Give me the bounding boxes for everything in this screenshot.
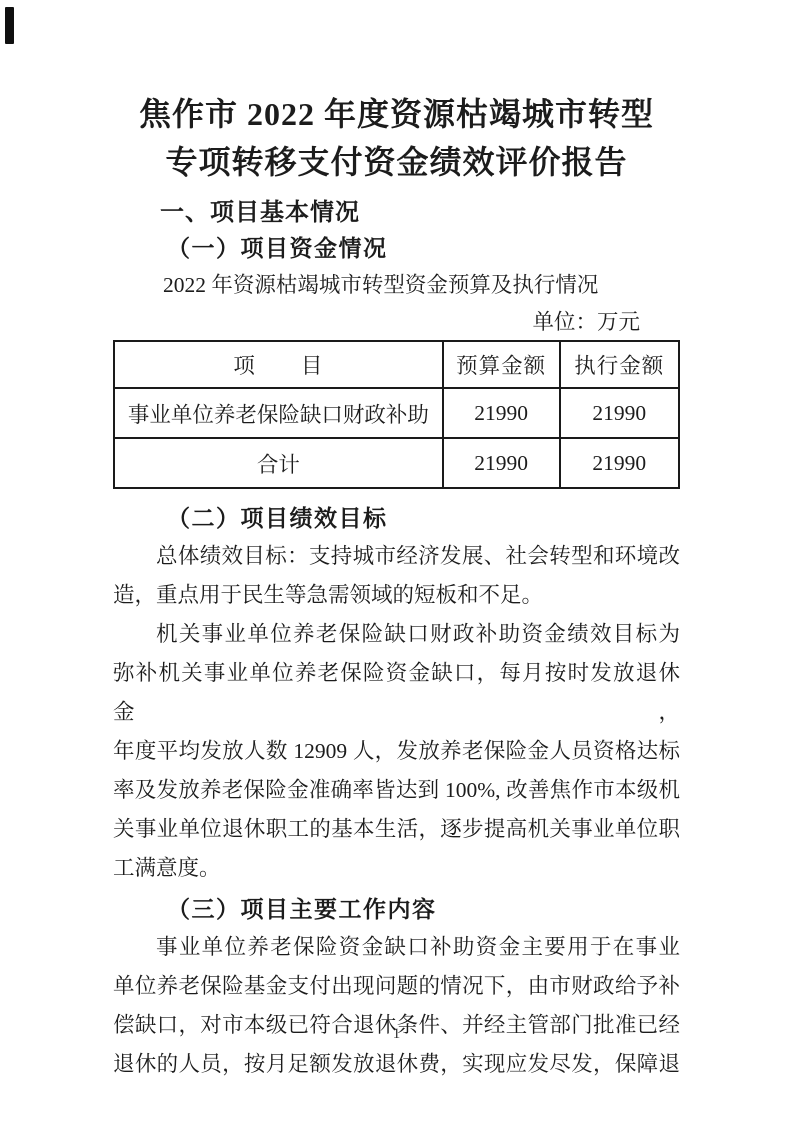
fund-table: 项 目 预算金额 执行金额 事业单位养老保险缺口财政补助2199021990合计…	[113, 340, 680, 489]
text-line: 造，重点用于民生等急需领域的短板和不足。	[113, 576, 680, 615]
table-row: 合计2199021990	[114, 438, 679, 488]
text-line: 单位养老保险基金支付出现问题的情况下，由市财政给予补	[113, 967, 680, 1006]
sub-heading-performance-goal: （二）项目绩效目标	[113, 501, 680, 537]
table-cell-budget: 21990	[443, 438, 560, 488]
table-cell-item: 合计	[114, 438, 443, 488]
text-line: 总体绩效目标：支持城市经济发展、社会转型和环境改	[113, 537, 680, 576]
text-line: 焦作市 2022 年度资源枯竭城市转型	[113, 90, 680, 138]
text-line: 率及发放养老保险金准确率皆达到 100%, 改善焦作市本级机	[113, 771, 680, 810]
section-heading-1: 一、项目基本情况	[113, 195, 680, 231]
scan-artifact-mark	[5, 7, 14, 44]
table-header-budget: 预算金额	[443, 341, 560, 388]
text-line: 事业单位养老保险资金缺口补助资金主要用于在事业	[113, 928, 680, 967]
text-line: 年度平均发放人数 12909 人，发放养老保险金人员资格达标	[113, 732, 680, 771]
sub-heading-work-content: （三）项目主要工作内容	[113, 892, 680, 928]
table-header-item: 项 目	[114, 341, 443, 388]
text-line: 退休的人员，按月足额发放退休费，实现应发尽发，保障退	[113, 1045, 680, 1084]
document-page: 焦作市 2022 年度资源枯竭城市转型专项转移支付资金绩效评价报告 一、项目基本…	[0, 0, 793, 1122]
table-cell-budget: 21990	[443, 388, 560, 438]
text-line: 工满意度。	[113, 849, 680, 888]
table-cell-executed: 21990	[560, 438, 679, 488]
sub-heading-funding: （一）项目资金情况	[113, 231, 680, 267]
table-header-executed: 执行金额	[560, 341, 679, 388]
text-line: 弥补机关事业单位养老保险资金缺口，每月按时发放退休金，	[113, 654, 680, 732]
document-title: 焦作市 2022 年度资源枯竭城市转型专项转移支付资金绩效评价报告	[113, 0, 680, 186]
text-line: 关事业单位退休职工的基本生活，逐步提高机关事业单位职	[113, 810, 680, 849]
paragraph-goal-detail: 机关事业单位养老保险缺口财政补助资金绩效目标为弥补机关事业单位养老保险资金缺口，…	[113, 615, 680, 888]
table-header-row: 项 目 预算金额 执行金额	[114, 341, 679, 388]
table-cell-item: 事业单位养老保险缺口财政补助	[114, 388, 443, 438]
text-line: 机关事业单位养老保险缺口财政补助资金绩效目标为	[113, 615, 680, 654]
fund-table-body: 项 目 预算金额 执行金额 事业单位养老保险缺口财政补助2199021990合计…	[114, 341, 679, 488]
page-number: 1	[0, 1026, 793, 1043]
table-caption: 2022 年资源枯竭城市转型资金预算及执行情况	[113, 267, 680, 304]
table-row: 事业单位养老保险缺口财政补助2199021990	[114, 388, 679, 438]
paragraph-overall-goal: 总体绩效目标：支持城市经济发展、社会转型和环境改造，重点用于民生等急需领域的短板…	[113, 537, 680, 615]
text-line: 专项转移支付资金绩效评价报告	[113, 138, 680, 186]
table-cell-executed: 21990	[560, 388, 679, 438]
paragraph-work-content: 事业单位养老保险资金缺口补助资金主要用于在事业单位养老保险基金支付出现问题的情况…	[113, 928, 680, 1084]
unit-label: 单位：万元	[113, 304, 680, 340]
document-content: 焦作市 2022 年度资源枯竭城市转型专项转移支付资金绩效评价报告 一、项目基本…	[113, 0, 680, 1084]
